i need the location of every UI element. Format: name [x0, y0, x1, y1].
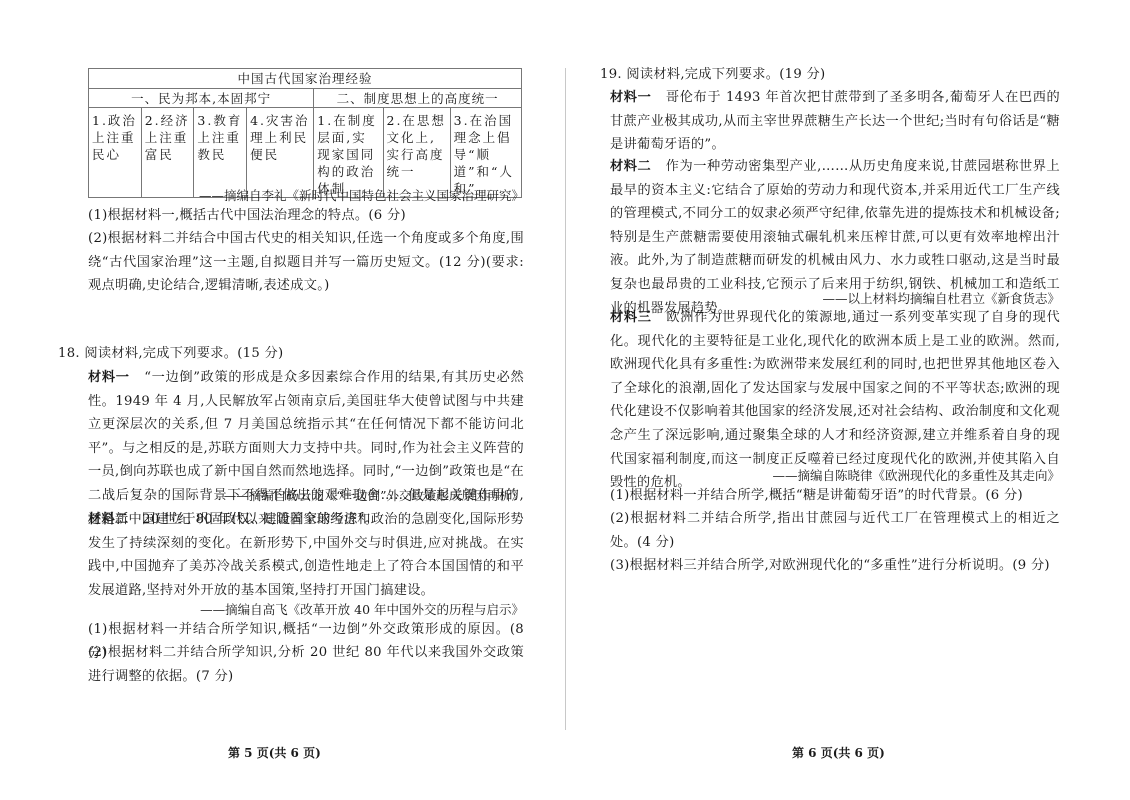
- material-label: 材料一: [88, 370, 130, 385]
- table-cell: 3.教育上注重教民: [194, 108, 247, 198]
- material-text: 欧洲作为世界现代化的策源地,通过一系列变革实现了自身的现代化。现代化的主要特征是…: [610, 310, 1060, 490]
- q17-sub2: (2)根据材料二并结合中国古代史的相关知识,任选一个角度或多个角度,围绕“古代国…: [88, 227, 524, 298]
- material-label: 材料二: [88, 512, 129, 527]
- table-cell: 2.在思想文化上,实行高度统一: [383, 108, 450, 198]
- q18-header: 18. 阅读材料,完成下列要求。(15 分): [58, 342, 524, 366]
- q19-m3-source: ——摘编自陈晓律《欧洲现代化的多重性及其走向》: [772, 467, 1060, 485]
- q19-sub3: (3)根据材料三并结合所学,对欧洲现代化的“多重性”进行分析说明。(9 分): [610, 554, 1060, 578]
- table-cell: 4.灾害治理上利民便民: [247, 108, 314, 198]
- q18-m2-source: ——摘编自高飞《改革开放 40 年中国外交的历程与启示》: [200, 601, 524, 619]
- q19-header: 19. 阅读材料,完成下列要求。(19 分): [600, 63, 1072, 87]
- page-footer: 第 5 页(共 6 页): [228, 744, 321, 761]
- q19-sub1: (1)根据材料一并结合所学,概括“糖是讲葡萄牙语”的时代背景。(6 分): [610, 484, 1060, 508]
- page-footer: 第 6 页(共 6 页): [792, 744, 885, 761]
- table-group-header-1: 一、民为邦本,本固邦宁: [89, 89, 314, 108]
- q18-sub2: (2)根据材料二并结合所学知识,分析 20 世纪 80 年代以来我国外交政策进行…: [88, 641, 524, 688]
- q18-m1-source: ——摘编自杨云龙《“一边倒”外交政策形成原因再析》: [224, 487, 524, 505]
- q18-material-1: 材料一 “一边倒”政策的形成是众多因素综合作用的结果,有其历史必然性。1949 …: [88, 366, 524, 531]
- material-label: 材料二: [610, 159, 651, 174]
- q17-sub1: (1)根据材料一,概括古代中国法治理念的特点。(6 分): [88, 204, 524, 228]
- q18-material-2: 材料二 20 世纪 80 年代以来,随着全球经济和政治的急剧变化,国际形势发生了…: [88, 508, 524, 602]
- table-cell: 1.政治上注重民心: [89, 108, 142, 198]
- table-cell: 1.在制度层面,实现家国同构的政治体制: [314, 108, 383, 198]
- material-label: 材料一: [610, 90, 651, 105]
- table-cell: 3.在治国理念上倡导“顺道”和“人和”: [450, 108, 521, 198]
- table-cell: 2.经济上注重富民: [141, 108, 194, 198]
- table-group-header-2: 二、制度思想上的高度统一: [314, 89, 522, 108]
- material-text: 哥伦布于 1493 年首次把甘蔗带到了圣多明各,葡萄牙人在巴西的甘蔗产业极其成功…: [610, 90, 1060, 152]
- q19-material-1: 材料一 哥伦布于 1493 年首次把甘蔗带到了圣多明各,葡萄牙人在巴西的甘蔗产业…: [610, 86, 1060, 157]
- page-divider: [565, 68, 566, 730]
- material-text: 20 世纪 80 年代以来,随着全球经济和政治的急剧变化,国际形势发生了持续深刻…: [88, 512, 524, 598]
- governance-table: 中国古代国家治理经验 一、民为邦本,本固邦宁 二、制度思想上的高度统一 1.政治…: [88, 68, 522, 198]
- q17-source: ——摘编自李礼《新时代中国特色社会主义国家治理研究》: [199, 187, 524, 205]
- q19-sub2: (2)根据材料二并结合所学,指出甘蔗园与近代工厂在管理模式上的相近之处。(4 分…: [610, 507, 1060, 554]
- material-label: 材料三: [610, 310, 652, 325]
- table-title: 中国古代国家治理经验: [89, 69, 522, 89]
